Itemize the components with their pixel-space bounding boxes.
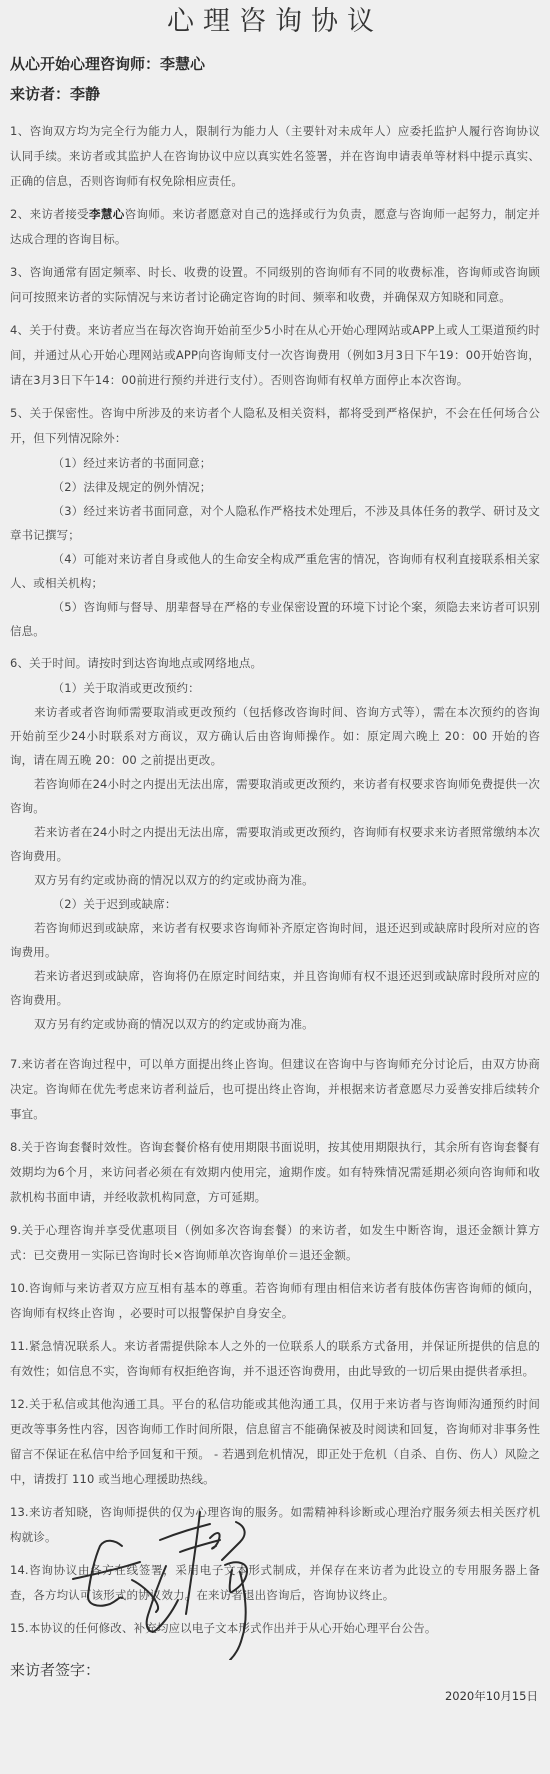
spacer: [10, 1044, 540, 1052]
visitor-line: 来访者：李静: [10, 79, 540, 109]
clause-6-intro: 6、关于时间。请按时到达咨询地点或网络地点。: [10, 651, 540, 676]
clause-9: 9.关于心理咨询并享受优惠项目（例如多次咨询套餐）的来访者，如发生中断咨询，退还…: [10, 1218, 540, 1268]
agreement-page: 心理咨询协议 从心开始心理咨询师：李慧心 来访者：李静 1、咨询双方均为完全行为…: [0, 0, 550, 1774]
clause-2-prefix: 2、来访者接受: [10, 207, 89, 221]
clause-8: 8.关于咨询套餐时效性。咨询套餐价格有使用期限书面说明，按其使用期限执行，其余所…: [10, 1135, 540, 1210]
clause-12: 12.关于私信或其他沟通工具。平台的私信功能或其他沟通工具，仅用于来访者与咨询师…: [10, 1392, 540, 1492]
clause-1: 1、咨询双方均为完全行为能力人，限制行为能力人（主要针对未成年人）应委托监护人履…: [10, 119, 540, 194]
counselor-name: 李慧心: [160, 55, 205, 73]
clause-6-sub2-title: （2）关于迟到或缺席：: [10, 892, 540, 916]
clause-5-item-1: （1）经过来访者的书面同意；: [10, 451, 540, 475]
clause-4: 4、关于付费。来访者应当在每次咨询开始前至少5小时在从心开始心理网站或APP上或…: [10, 318, 540, 393]
counselor-label: 从心开始心理咨询师：: [10, 55, 160, 73]
clause-2: 2、来访者接受李慧心咨询师。来访者愿意对自己的选择或行为负责，愿意与咨询师一起努…: [10, 202, 540, 252]
clause-7: 7.来访者在咨询过程中，可以单方面提出终止咨询。但建议在咨询中与咨询师充分讨论后…: [10, 1052, 540, 1127]
clause-6-sub1-para-1: 来访者或者咨询师需要取消或更改预约（包括修改咨询时间、咨询方式等），需在本次预约…: [10, 700, 540, 772]
clause-6-sub1-para-3: 若来访者在24小时之内提出无法出席，需要取消或更改预约，咨询师有权要求来访者照常…: [10, 820, 540, 868]
signature-date: 2020年10月15日: [445, 1688, 538, 1704]
clause-6-sub1-title: （1）关于取消或更改预约：: [10, 676, 540, 700]
signature-label: 来访者签字：: [10, 1657, 540, 1683]
document-title: 心理咨询协议: [10, 0, 540, 42]
clause-6-sub2-para-2: 若来访者迟到或缺席，咨询将仍在原定时间结束，并且咨询师有权不退还迟到或缺席时段所…: [10, 964, 540, 1012]
handwritten-signature-image: [60, 1500, 260, 1660]
visitor-name: 李静: [70, 85, 100, 103]
clause-5-item-5: （5）咨询师与督导、朋辈督导在严格的专业保密设置的环境下讨论个案，须隐去来访者可…: [10, 595, 540, 643]
clause-6-sub1-para-2: 若咨询师在24小时之内提出无法出席，需要取消或更改预约，来访者有权要求咨询师免费…: [10, 772, 540, 820]
clause-5-item-3: （3）经过来访者书面同意，对个人隐私作严格技术处理后，不涉及具体任务的教学、研讨…: [10, 499, 540, 547]
clause-3: 3、咨询通常有固定频率、时长、收费的设置。不同级别的咨询师有不同的收费标准，咨询…: [10, 260, 540, 310]
clause-6-sub1-para-4: 双方另有约定或协商的情况以双方的约定或协商为准。: [10, 868, 540, 892]
counselor-line: 从心开始心理咨询师：李慧心: [10, 49, 540, 79]
clause-10: 10.咨询师与来访者双方应互相有基本的尊重。若咨询师有理由相信来访者有肢体伤害咨…: [10, 1276, 540, 1326]
clause-6-sub2-para-3: 双方另有约定或协商的情况以双方的约定或协商为准。: [10, 1012, 540, 1036]
clause-5-item-4: （4）可能对来访者自身或他人的生命安全构成严重危害的情况，咨询师有权利直接联系相…: [10, 547, 540, 595]
spacer: [10, 643, 540, 651]
clause-11: 11.紧急情况联系人。来访者需提供除本人之外的一位联系人的联系方式备用，并保证所…: [10, 1334, 540, 1384]
visitor-label: 来访者：: [10, 85, 70, 103]
clause-6-sub2-para-1: 若咨询师迟到或缺席，来访者有权要求咨询师补齐原定咨询时间，退还迟到或缺席时段所对…: [10, 916, 540, 964]
clause-2-counselor-name: 李慧心: [89, 207, 125, 221]
spacer: [10, 1036, 540, 1044]
clause-5-intro: 5、关于保密性。咨询中所涉及的来访者个人隐私及相关资料，都将受到严格保护，不会在…: [10, 401, 540, 451]
clause-5-item-2: （2）法律及规定的例外情况；: [10, 475, 540, 499]
